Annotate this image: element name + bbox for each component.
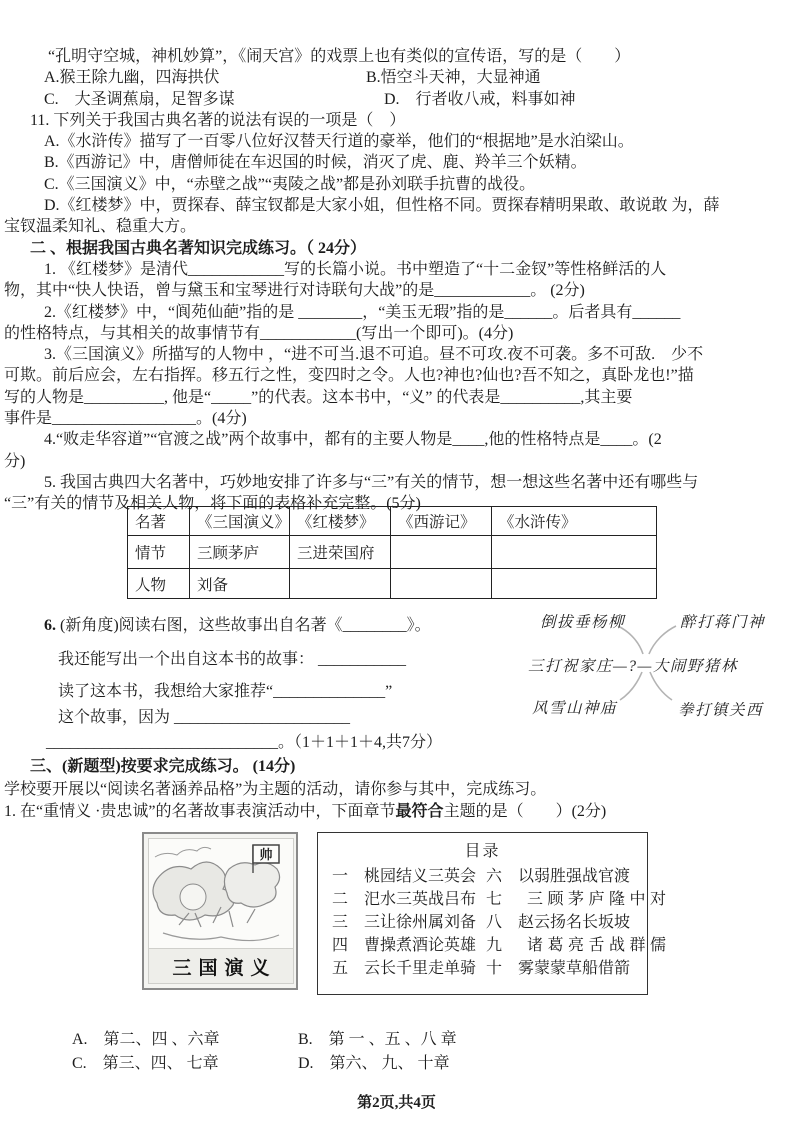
s2-q3-line1: 3.《三国演义》所描写的人物中 ，“进不可当.退不可追。昼不可攻.夜不可袭。多不… — [4, 344, 790, 365]
table-header-cell: 《西游记》 — [391, 507, 492, 536]
q11-stem: 11. 下列关于我国古典名著的说法有误的一项是（ ） — [4, 110, 790, 131]
s2-q3-line3: 写的人物是__________, 他是“_____”的代表。这本书中，“义” 的… — [4, 387, 790, 408]
q6-line5-score: 。（1＋1＋1＋4,共7分） — [278, 734, 442, 751]
toc-entry-7: 七 三顾茅庐隆中对 — [486, 888, 671, 911]
table-cell: 三进荣国府 — [290, 536, 391, 569]
q6-stem-text: (新角度)阅读右图，这些故事出自名著《________》。 — [56, 617, 431, 634]
q6-line5-blank: _____________________________ — [46, 734, 278, 751]
cover-title-band: 三国演义 — [148, 948, 294, 984]
toc-entry-5: 五 云长千里走单骑 — [332, 957, 476, 980]
table-cell-blank — [391, 569, 492, 599]
main-text-block: “孔明守空城，神机妙算”，《闹天宫》的戏票上也有类似的宣传语，写的是（ ） A.… — [4, 46, 790, 515]
table-header-cell: 《水浒传》 — [492, 507, 657, 536]
q10-option-c: C. 大圣调蕉扇，足智多谋 — [4, 89, 235, 110]
q11-option-a: A.《水浒传》描写了一百零八位好汉替天行道的豪举，他们的“根据地”是水泊梁山。 — [4, 131, 790, 152]
s3-q1-option-a: A. 第二、四 、六章 — [72, 1026, 220, 1049]
q6-story-mindmap: 倒拔垂杨柳 醉打蒋门神 三打祝家庄—?—大闹野猪林 风雪山神庙 拳打镇关西 — [518, 604, 792, 724]
table-cell-blank — [492, 536, 657, 569]
q6-number: 6. — [44, 617, 56, 634]
s2-q1-line1: 1. 《红楼梦》是清代____________写的长篇小说。书中塑造了“十二金钗… — [4, 259, 790, 280]
table-cell-blank — [391, 536, 492, 569]
table-row: 人物 刘备 — [128, 569, 657, 599]
s3-q1-option-b: B. 第 一 、五 、八 章 — [298, 1026, 457, 1049]
table-header-cell: 《三国演义》 — [190, 507, 290, 536]
cover-title-text: 三国演义 — [165, 953, 276, 980]
table-cell: 刘备 — [190, 569, 290, 599]
q5-three-table: 名著 《三国演义》 《红楼梦》 《西游记》 《水浒传》 情节 三顾茅庐 三进荣国… — [127, 506, 657, 599]
table-cell: 三顾茅庐 — [190, 536, 290, 569]
s3-intro: 学校要开展以“阅读名著涵养品格”为主题的活动，请你参与其中，完成练习。 — [4, 776, 546, 799]
mindmap-node-daoba: 倒拔垂杨柳 — [540, 610, 625, 632]
toc-entry-6: 六 以弱胜强战官渡 — [486, 865, 630, 888]
s2-q4-line2: 分) — [4, 451, 790, 472]
s3-q1-pre: 1. 在“重情义 ·贵忠诚”的名著故事表演活动中，下面章节 — [4, 803, 396, 820]
toc-row: 五 云长千里走单骑 十 雾蒙蒙草船借箭 — [318, 957, 647, 980]
table-row: 情节 三顾茅庐 三进荣国府 — [128, 536, 657, 569]
toc-entry-8: 八 赵云扬名长坂坡 — [486, 911, 630, 934]
q10-stem: “孔明守空城，神机妙算”，《闹天宫》的戏票上也有类似的宣传语，写的是（ ） — [4, 46, 790, 67]
q6-line3: 读了这本书，我想给大家推荐“______________” — [58, 682, 392, 702]
sanguo-book-cover-image: 帅 三国演义 — [142, 832, 298, 990]
section3-heading: 三、(新题型)按要求完成练习。 (14分) — [30, 753, 295, 776]
s3-q1-option-c: C. 第三、四、 七章 — [72, 1050, 219, 1073]
toc-body: 一 桃园结义三英会 六 以弱胜强战官渡 二 汜水三英战吕布 七 三顾茅庐隆中对 … — [318, 865, 647, 980]
s2-q5-line1: 5. 我国古典四大名著中，巧妙地安排了许多与“三”有关的情节，想一想这些名著中还… — [4, 472, 790, 493]
sanguo-toc-box: 目录 一 桃园结义三英会 六 以弱胜强战官渡 二 汜水三英战吕布 七 三顾茅庐隆… — [317, 832, 648, 995]
q6-line4: 这个故事，因为 ______________________ — [58, 708, 350, 728]
q10-option-b: B.悟空斗天神，大显神通 — [366, 67, 541, 88]
table-cell-blank — [290, 569, 391, 599]
toc-entry-9: 九 诸葛亮舌战群儒 — [486, 934, 671, 957]
toc-entry-10: 十 雾蒙蒙草船借箭 — [486, 957, 630, 980]
toc-row: 二 汜水三英战吕布 七 三顾茅庐隆中对 — [318, 888, 647, 911]
mindmap-node-center-row: 三打祝家庄—?—大闹野猪林 — [528, 654, 738, 676]
q11-option-b: B.《西游记》中，唐僧师徒在车迟国的时候，消灭了虎、鹿、羚羊三个妖精。 — [4, 152, 790, 173]
battle-scene-sketch: 帅 — [149, 839, 291, 949]
q6-stem: 6. (新角度)阅读右图，这些故事出自名著《________》。 — [44, 616, 431, 636]
s2-q3-line4: 事件是__________________。(4分) — [4, 408, 790, 429]
toc-row: 四 曹操煮酒论英雄 九 诸葛亮舌战群儒 — [318, 934, 647, 957]
section2-heading: 二 、根据我国古典名著知识完成练习。（ 24分） — [4, 238, 790, 259]
s2-q4-line1: 4.“败走华容道”“官渡之战”两个故事中，都有的主要人物是____,他的性格特点… — [4, 429, 790, 450]
q11-option-d: D.《红楼梦》中，贾探春、薛宝钗都是大家小姐，但性格不同。贾探春精明果敢、敢说敢… — [4, 195, 790, 216]
toc-row: 一 桃园结义三英会 六 以弱胜强战官渡 — [318, 865, 647, 888]
s2-q3-line2: 可欺。前后应会，左右指挥。移五行之性，变四时之令。人也?神也?仙也?吾不知之，真… — [4, 365, 790, 386]
toc-entry-4: 四 曹操煮酒论英雄 — [332, 934, 476, 957]
cover-illustration: 帅 — [148, 838, 294, 952]
s2-q1-line2: 物，其中“快人快语，曾与黛玉和宝琴进行对诗联句大战”的是____________… — [4, 280, 790, 301]
s3-q1-stem: 1. 在“重情义 ·贵忠诚”的名著故事表演活动中，下面章节最符合主题的是（ ）(… — [4, 798, 606, 821]
page-number-footer: 第2页,共4页 — [0, 1091, 793, 1112]
q10-option-d: D. 行者收八戒，料事如神 — [384, 89, 576, 110]
table-header-cell: 《红楼梦》 — [290, 507, 391, 536]
table-row: 名著 《三国演义》 《红楼梦》 《西游记》 《水浒传》 — [128, 507, 657, 536]
q11-option-c: C.《三国演义》中，“赤壁之战”“夷陵之战”都是孙刘联手抗曹的战役。 — [4, 174, 790, 195]
s3-q1-bold: 最符合 — [396, 803, 444, 820]
mindmap-node-zuida: 醉打蒋门神 — [680, 610, 765, 632]
shuai-flag-glyph: 帅 — [259, 847, 272, 862]
q6-line5: _____________________________。（1＋1＋1＋4,共… — [46, 733, 442, 753]
s2-q2-line2: 的性格特点，与其相关的故事情节有____________(写出一个即可)。(4分… — [4, 323, 790, 344]
mindmap-node-fengxue: 风雪山神庙 — [532, 696, 617, 718]
toc-row: 三 三让徐州属刘备 八 赵云扬名长坂坡 — [318, 911, 647, 934]
q10-option-a: A.猴王除九幽，四海拱伏 — [4, 67, 220, 88]
toc-entry-2: 二 汜水三英战吕布 — [332, 888, 476, 911]
mindmap-node-quanda: 拳打镇关西 — [678, 698, 763, 720]
toc-entry-1: 一 桃园结义三英会 — [332, 865, 476, 888]
table-cell: 情节 — [128, 536, 190, 569]
table-cell: 人物 — [128, 569, 190, 599]
toc-title: 目录 — [318, 838, 647, 861]
exam-paper-page: “孔明守空城，神机妙算”，《闹天宫》的戏票上也有类似的宣传语，写的是（ ） A.… — [0, 0, 793, 1121]
s3-q1-post: 主题的是（ ）(2分) — [444, 803, 607, 820]
q6-line2: 我还能写出一个出自这本书的故事： ___________ — [58, 650, 406, 670]
q11-option-d-wrap: 宝钗温柔知礼、稳重大方。 — [4, 216, 790, 237]
s3-q1-option-d: D. 第六、 九、 十章 — [298, 1050, 450, 1073]
s2-q2-line1: 2.《红楼梦》中，“阆苑仙葩”指的是 ________，“美玉无瑕”指的是___… — [4, 302, 790, 323]
table-cell-blank — [492, 569, 657, 599]
toc-entry-3: 三 三让徐州属刘备 — [332, 911, 476, 934]
table-header-cell: 名著 — [128, 507, 190, 536]
